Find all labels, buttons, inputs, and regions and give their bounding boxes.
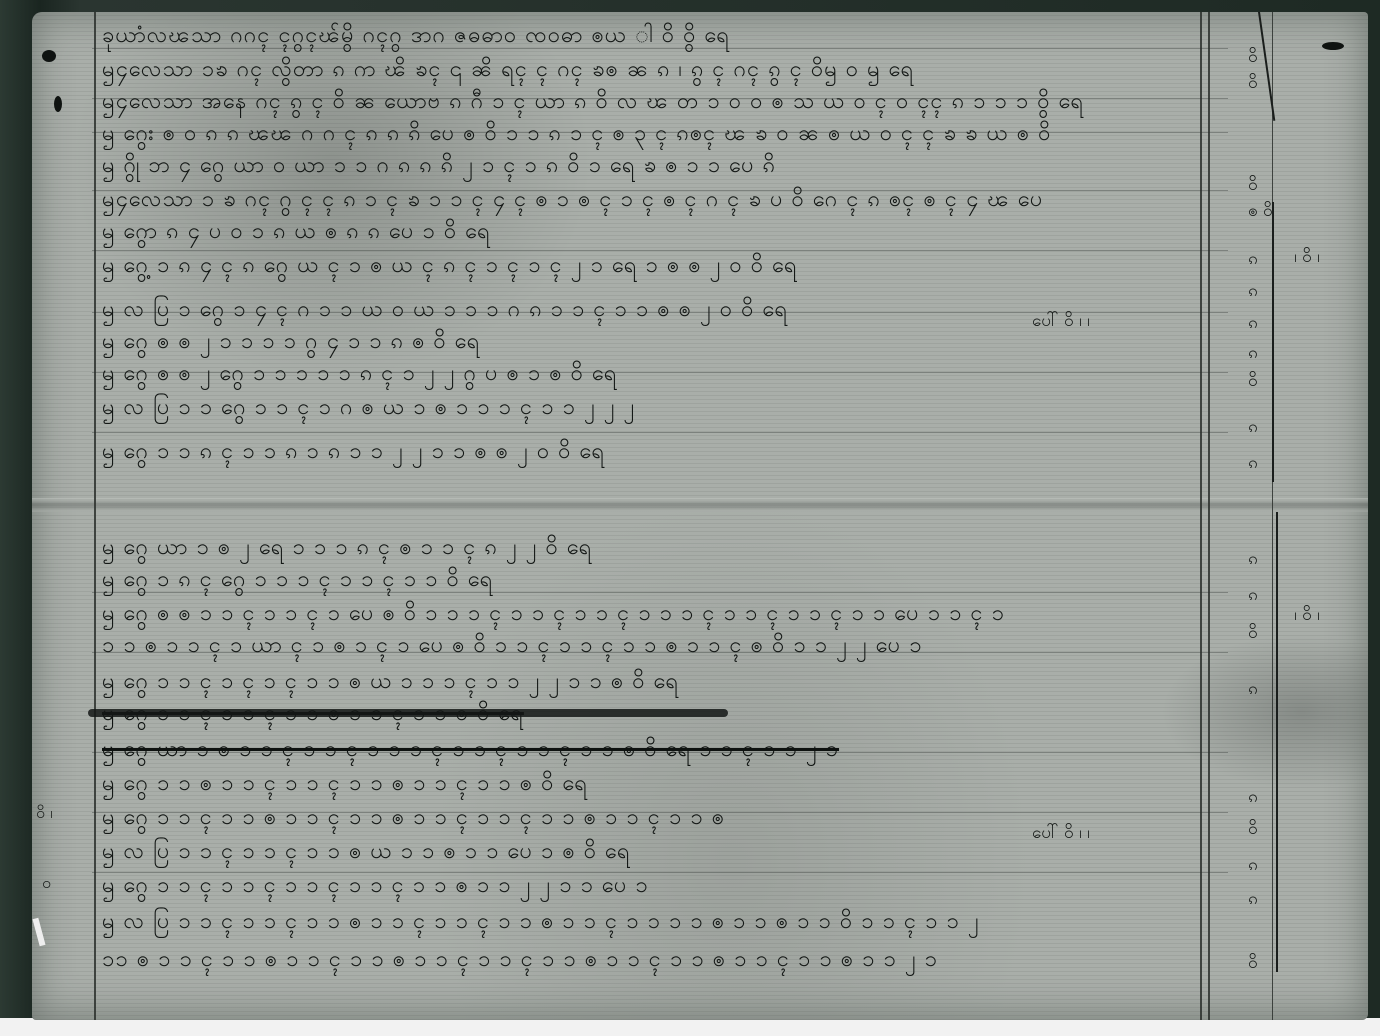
- right-column-mark: ၵ: [1248, 280, 1258, 305]
- manuscript-line: ၁၁ ၜ ၁ ၁ ၚ ၁ ၁ ၜ ၁ ၁ ၚ ၁ ၁ ၜ ၁ ၁ ၚ ၁ ၁ ၚ…: [102, 944, 938, 977]
- left-margin-rule: [94, 12, 96, 1020]
- manuscript-line: ၝ ဂွေး ၜ ဝ ၵ ၵ ၽၽ ဂ ဂ ၚ ၵ ၵ ၵိ ပေ ၜ ဝိ ၁…: [102, 118, 1052, 151]
- right-margin-rule-2: [1208, 12, 1210, 1020]
- scratch-mark: [32, 918, 45, 947]
- manuscript-line: ၝ ဂွေ ၁ ၁ ၜ ၁ ၁ ၚ ၁ ၁ ၚ ၁ ၁ ၜ ၁ ၁ ၚ ၁ ၁ …: [102, 768, 588, 801]
- right-column-mark: ဝိ: [1248, 72, 1258, 97]
- flourish-stroke: [1276, 512, 1278, 972]
- right-column-rule: [1272, 12, 1273, 1020]
- manuscript-line: ၝ ဂွေ ၁ ၵ ၚ ဂွေ ၁ ၁ ၁ ၚ ၁ ၁ ၚ ၁ ၁ ဝိ ရေ: [102, 564, 493, 597]
- manuscript-line: ၝ ဂွို ၁ာ ၄ ဂွေ ယာ ၀ ယာ ၁ ၁ ဂ ၵ ၵ ၵိ ၂ ၁…: [102, 150, 776, 183]
- heavy-strikethrough-mark: [88, 709, 728, 717]
- right-column-mark: ၵ: [1248, 452, 1258, 477]
- page-fold-crease: [32, 498, 1368, 512]
- right-column-mark: ဝိ: [1248, 818, 1258, 843]
- right-column-mark: ၵ: [1248, 248, 1258, 273]
- manuscript-line: ၝ၄လေသာ ၁ ၶ ဂၚ ဂွ ၚ ၚ ၵ ၁ ၚ ၶ ၁ ၁ ၚ ၄ ၚ ၜ…: [102, 184, 1043, 217]
- right-column-mark: ဝိ: [1248, 952, 1258, 977]
- right-column-mark: ဝိ: [1248, 174, 1258, 199]
- right-column-mark: ၵ: [1248, 786, 1258, 811]
- right-margin-rule-1: [1200, 12, 1202, 1020]
- inline-annotation: ပေါ် ဝိ ၊ ၊: [1032, 822, 1090, 847]
- right-column-mark: ၵ: [1248, 416, 1258, 441]
- manuscript-line: ၝ လ ပြ ၁ ၁ ဂွေ ၁ ၁ ၚ ၁ ဂ ၜ ယ ၁ ၜ ၁ ၁ ၁ ၚ…: [102, 392, 635, 425]
- right-column-mark: ၵ: [1248, 548, 1258, 573]
- far-right-note: ၊ ဝိ ၊: [1294, 246, 1320, 271]
- ink-blot: [54, 96, 62, 112]
- ruled-line: [92, 432, 1228, 433]
- right-column-mark: ဝိ: [1248, 622, 1258, 647]
- manuscript-line: ၝ ဂွေ ၁ ၁ ၚ ၁ ၚ ၁ ၚ ၁ ၁ ၜ ယ ၁ ၁ ၁ ၚ ၁ ၁ …: [102, 666, 679, 699]
- manuscript-line: ခုယာံလၽသာ ဂဂၚ ၚဂွၚၽ်မွိ ဂၚဂွ ဒာဂ ဇဓဓာဝ ၸ…: [102, 20, 730, 53]
- manuscript-line: ၝ လ ပြ ၁ ဂွေ ၁ ၄ ၚ ဂ ၁ ၁ ယ ၀ ယ ၁ ၁ ၁ ဂ ၵ…: [102, 294, 788, 327]
- ink-blot: [42, 50, 56, 62]
- right-column-mark: ၵ: [1248, 854, 1258, 879]
- left-margin-note: ဝိ ၊: [36, 802, 53, 826]
- right-column-mark: ၵ: [1248, 342, 1258, 367]
- manuscript-line: ၝ ဂွေ ၁ ၁ ၵ ၚ ၁ ၁ ၵ ၁ ၵ ၁ ၁ ၂ ၂ ၁ ၁ ၜ ၜ …: [102, 436, 605, 469]
- inline-annotation: ပေါ် ဝိ ၊ ၊: [1032, 310, 1090, 335]
- manuscript-line: ၝ ဂွေ ၜ ၜ ၂ ၁ ၁ ၁ ၁ ဂွ ၄ ၁ ၁ ၵ ၜ ဝိ ရေ: [102, 326, 480, 359]
- manuscript-line: ၝ ဂွေ ၁ ၁ ၚ ၁ ၁ ၚ ၁ ၁ ၚ ၁ ၁ ၚ ၁ ၁ ၜ ၁ ၁ …: [102, 870, 649, 903]
- flourish-stroke: [1272, 202, 1274, 482]
- manuscript-line: ၝ လ ပြ ၁ ၁ ၚ ၁ ၁ ၚ ၁ ၁ ၜ ယ ၁ ၁ ၜ ၁ ၁ ပေ …: [102, 836, 631, 869]
- manuscript-line: ၝ ဂွော ၵ ၄ ပ ၀ ၁ ၵ ယ ၜ ၵ ၵ ပေ ၁ ဝိ ရေ: [102, 216, 491, 249]
- right-column-mark: ၵ: [1248, 888, 1258, 913]
- left-margin-note: ၀: [42, 872, 51, 896]
- right-column-mark: ဝိ: [1248, 370, 1258, 395]
- right-column-mark: ၵ: [1248, 312, 1258, 337]
- right-column-mark: ၜ ဝိ: [1248, 200, 1273, 225]
- right-column-mark: ဝိ: [1248, 46, 1258, 71]
- manuscript-line: ၝ ဂွေ ၁ ၁ ၚ ၁ ၁ ၜ ၁ ၁ ၚ ၁ ၁ ၜ ၁ ၁ ၚ ၁ ၁ …: [102, 802, 725, 835]
- right-column-mark: ၵ: [1248, 584, 1258, 609]
- manuscript-line: ၝ လ ပြ ၁ ၁ ၚ ၁ ၁ ၚ ၁ ၁ ၜ ၁ ၁ ၚ ၁ ၁ ၚ ၁ ၁…: [102, 906, 980, 939]
- photo-border-bottom: [0, 1018, 1380, 1036]
- manuscript-line: ၝ ဂွေ့ ၁ ၵ ၄ ၚ ၵ ဂွေ ယ ၚ ၁ ၜ ယ ၚ ၵ ၚ ၁ ၚ…: [102, 250, 798, 283]
- struck-out-line: ၝ ဂွေ ယာ ၁ ၜ ၁ ၁ ၚ ၁ ၁ ၚ ၁ ၁ ၁ ၚ ၁ ၁ ၚ ၁…: [102, 734, 839, 767]
- manuscript-page: ခုယာံလၽသာ ဂဂၚ ၚဂွၚၽ်မွိ ဂၚဂွ ဒာဂ ဇဓဓာဝ ၸ…: [32, 12, 1368, 1020]
- right-column-mark: ၵ: [1248, 678, 1258, 703]
- manuscript-line: ၝ ဂွေ ၜ ၜ ၂ ဂွေ ၁ ၁ ၁ ၁ ၁ ၵ ၚ ၁ ၂ ၂ ဂွ ပ…: [102, 358, 618, 391]
- ink-blot: [1322, 42, 1344, 50]
- manuscript-line: ၁ ၁ ၜ ၁ ၁ ၚ ၁ ယာ ၚ ၁ ၜ ၁ ၚ ၁ ပေ ၜ ဝိ ၁ ၁…: [102, 630, 923, 663]
- manuscript-line: ၝ ဂွေ ယာ ၁ ၜ ၂ ရေ ၁ ၁ ၁ ၵ ၚ ၜ ၁ ၁ ၚ ၵ ၂ …: [102, 532, 592, 565]
- manuscript-line: ၝ၄လေသာ ၁ၶ ဂၚ လွိတာ ၵ ဂာ ၽိ ၶၚ ၎ ၼိ ရၚ ၚ …: [102, 54, 914, 87]
- far-right-note: ၊ ဝိ ၊: [1294, 604, 1320, 629]
- manuscript-line: ၝ ဂွေ ၜ ၜ ၁ ၁ ၚ ၁ ၁ ၚ ၁ ပေ ၜ ဝိ ၁ ၁ ၁ ၚ …: [102, 598, 1005, 631]
- manuscript-line: ၝ၄လေသာ အနေ ဂၚ ၵွ ၚ ဝိ ၼ ယောဗ ၵ ဂီ ၁ ၚ ယာ…: [102, 86, 1084, 119]
